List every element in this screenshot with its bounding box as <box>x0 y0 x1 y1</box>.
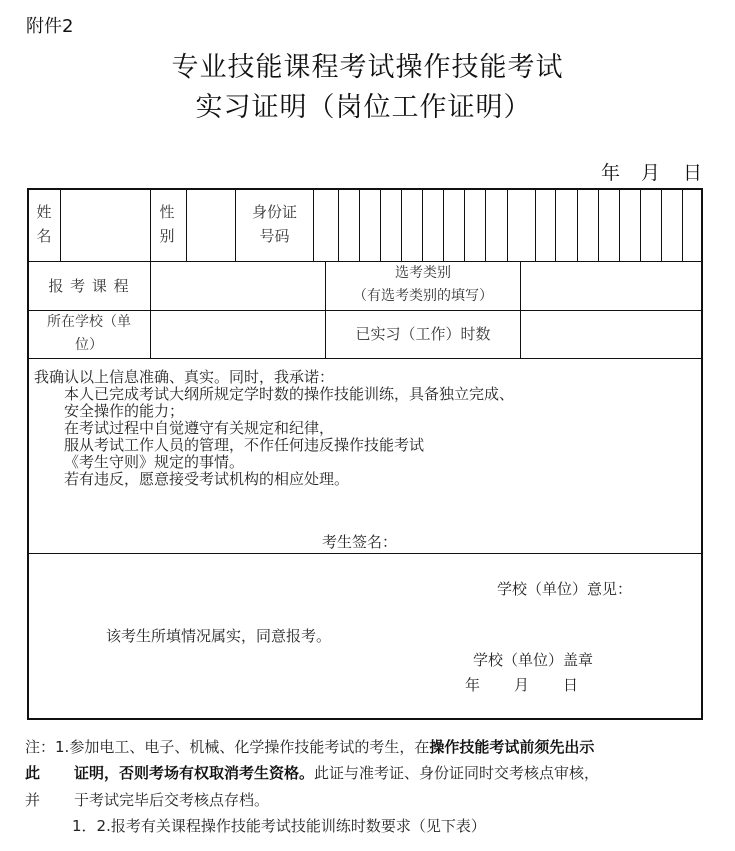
col-divider <box>520 261 521 359</box>
name-field[interactable] <box>62 190 150 261</box>
candidate-signature-field[interactable] <box>400 528 690 550</box>
document-title-line1: 专业技能课程考试操作技能考试 <box>0 45 735 84</box>
exam-category-label: 选考类别 （有选考类别的填写） <box>326 262 520 308</box>
school-field[interactable] <box>152 312 325 358</box>
opinion-date-month: 月 <box>514 677 529 694</box>
internship-hours-label: 已实习（工作）时数 <box>326 322 520 346</box>
id-number-label: 身份证 号码 <box>236 200 313 248</box>
pledge-intro: 我确认以上信息准确、真实。同时，我承诺： <box>34 369 334 386</box>
note-line-3: 于考试完毕后交考核点存档。 <box>74 789 269 810</box>
note-line-2: 此 <box>25 762 40 783</box>
note-line-4: 1．2.报考有关课程操作技能考试技能训练时数要求（见下表） <box>72 815 486 836</box>
pledge-line: 若有违反，愿意接受考试机构的相应处理。 <box>64 471 349 488</box>
opinion-date-year: 年 <box>465 677 480 694</box>
date-day-label: 日 <box>683 158 702 185</box>
table-border-left <box>27 188 29 719</box>
col-divider <box>186 188 187 262</box>
gender-field[interactable] <box>188 190 235 261</box>
course-label: 报 考 课 程 <box>28 274 150 298</box>
course-field[interactable] <box>152 263 325 310</box>
table-border-bottom <box>27 718 703 720</box>
note-line-2-body: 证明，否则考场有权取消考生资格。此证与准考证、身份证同时交考核点审核， <box>74 762 599 783</box>
pledge-line: 《考生守则》规定的事情。 <box>64 454 244 471</box>
id-number-field[interactable] <box>314 190 701 261</box>
school-stamp-label: 学校（单位）盖章 <box>473 652 593 669</box>
date-month-label: 月 <box>641 158 660 185</box>
name-label: 姓 名 <box>28 200 60 248</box>
row-divider <box>27 553 703 554</box>
pledge-line: 服从考试工作人员的管理，不作任何违反操作技能考试 <box>64 437 424 454</box>
pledge-line: 安全操作的能力； <box>64 403 184 420</box>
school-label: 所在学校（单 位） <box>28 311 150 357</box>
school-opinion-label: 学校（单位）意见： <box>497 581 632 598</box>
col-divider <box>60 188 61 262</box>
document-title-line2: 实习证明（岗位工作证明） <box>0 85 731 124</box>
table-border-right <box>701 188 703 719</box>
exam-category-field[interactable] <box>522 263 701 310</box>
attachment-label: 附件2 <box>26 12 73 38</box>
candidate-signature-label: 考生签名： <box>322 534 397 551</box>
note-line-1: 注：1.参加电工、电子、机械、化学操作技能考试的考生，在操作技能考试前须先出示 <box>25 736 594 757</box>
row-divider <box>27 358 703 359</box>
pledge-line: 在考试过程中自觉遵守有关规定和纪律， <box>64 420 334 437</box>
internship-hours-field[interactable] <box>522 312 701 358</box>
date-year-label: 年 <box>601 158 620 185</box>
pledge-line: 本人已完成考试大纲所规定学时数的操作技能训练，具备独立完成、 <box>64 386 514 403</box>
col-divider <box>150 261 151 359</box>
gender-label: 性 别 <box>151 200 183 248</box>
note-line-3-lead: 并 <box>25 789 40 810</box>
school-opinion-statement: 该考生所填情况属实，同意报考。 <box>106 628 331 645</box>
opinion-date-day: 日 <box>563 677 578 694</box>
